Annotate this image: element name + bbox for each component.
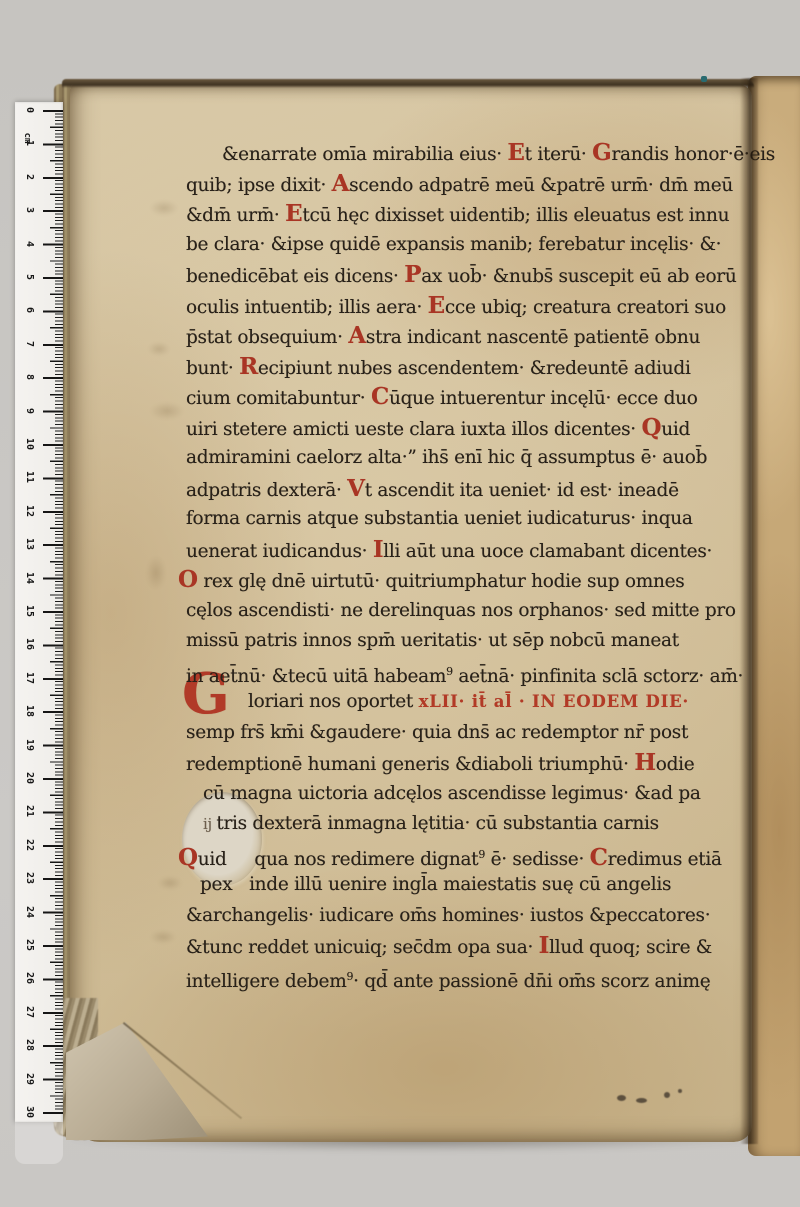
manuscript-line: benedicēbat eis dicens· Pax uob̄· &nubs̄…: [186, 260, 748, 291]
ruler-tip: [15, 1122, 63, 1164]
manuscript-line: missū patris innos spm̄ ueritatis· ut sē…: [186, 626, 748, 657]
manuscript-text: &dm̄ urm̄·: [186, 205, 285, 226]
manuscript-text: llud quoq; scire &: [549, 937, 712, 958]
manuscript-line: oculis intuentib; illis aera· Ecce ubiq;…: [186, 291, 748, 322]
rubricated-initial: V: [347, 475, 365, 502]
manuscript-text: ax uob̄· &nubs̄ suscepit eū ab eorū: [421, 266, 736, 287]
rubricated-initial: G: [592, 139, 611, 166]
ruler-number: 16: [23, 635, 35, 653]
manuscript-text: semp frs̄ km̄i &gaudere· quia dns̄ ac re…: [186, 722, 688, 743]
ruler-number: 27: [23, 1003, 35, 1021]
ruler-number: 15: [23, 602, 35, 620]
ruler-number: 3: [23, 201, 35, 219]
ruler-number: 2: [23, 168, 35, 186]
show-through-smudge: [150, 402, 184, 420]
rubricated-initial: E: [428, 292, 445, 319]
ink-speck: [617, 1095, 626, 1101]
rubricated-initial: O: [178, 566, 198, 593]
ruler-number: 11: [23, 468, 35, 486]
manuscript-line: quib; ipse dixit· Ascendo adpatrē meū &p…: [186, 169, 748, 200]
rubricated-initial: E: [507, 139, 524, 166]
manuscript-text: uenerat iudicandus·: [186, 541, 373, 562]
manuscript-line: uenerat iudicandus· Illi aūt una uoce cl…: [186, 535, 748, 566]
rubricated-initial: I: [539, 932, 549, 959]
manuscript-line: adpatris dexterā· Vt ascendit ita ueniet…: [186, 474, 748, 505]
manuscript-line: bunt· Recipiunt nubes ascendentem· &rede…: [186, 352, 748, 383]
show-through-smudge: [150, 930, 176, 944]
manuscript-line: cęlos ascendisti· ne derelinquas nos orp…: [186, 596, 748, 627]
ink-speck: [664, 1092, 670, 1098]
manuscript-text: cce ubiq; creatura creatori suo: [445, 297, 726, 318]
ruler-number: 17: [23, 669, 35, 687]
ruler-number: 30: [23, 1103, 35, 1121]
manuscript-text: redemptionē humani generis &diaboli triu…: [186, 754, 634, 775]
manuscript-text: t iterū·: [525, 144, 592, 165]
manuscript-text: cęlos ascendisti· ne derelinquas nos orp…: [186, 600, 736, 621]
ink-speck: [636, 1098, 647, 1103]
manuscript-text: lli aūt una uoce clamabant dicentes·: [383, 541, 712, 562]
manuscript-text: quib; ipse dixit·: [186, 175, 332, 196]
manuscript-text: adpatris dexterā·: [186, 480, 347, 501]
rubricated-initial: C: [371, 383, 389, 410]
text-block: &enarrate omīa mirabilia eius· Et iterū·…: [186, 138, 748, 992]
manuscript-text: loriari nos oportet: [248, 691, 419, 712]
rubricated-initial: Q: [178, 844, 198, 871]
show-through-smudge: [150, 200, 178, 216]
ruler-number: 25: [23, 936, 35, 954]
manuscript-text: uid qua nos redimere dignat: [198, 849, 479, 870]
manuscript-text: tcū hęc dixisset uidentib; illis eleuatu…: [302, 205, 729, 226]
ruler-number: 5: [23, 268, 35, 286]
manuscript-text: · qd̄ ante passionē dn̄i om̄s scorz anim…: [353, 971, 710, 992]
manuscript-line: semp frs̄ km̄i &gaudere· quia dns̄ ac re…: [186, 718, 748, 749]
manuscript-text: ē· sedisse·: [485, 849, 590, 870]
manuscript-text: ecipiunt nubes ascendentem· &redeuntē ad…: [258, 358, 691, 379]
manuscript-text: cū magna uictoria adcęlos ascendisse leg…: [203, 783, 701, 804]
ruler-number: 29: [23, 1070, 35, 1088]
manuscript-text: in aet̄nū· &tecū uitā habeam: [186, 666, 446, 687]
manuscript-text: benedicēbat eis dicens·: [186, 266, 404, 287]
manuscript-text: uiri stetere amicti ueste clara iuxta il…: [186, 419, 641, 440]
manuscript-text: be clara· &ipse quidē expansis manib; fe…: [186, 234, 721, 255]
manuscript-line: O rex glę dnē uirtutū· quitriumphatur ho…: [178, 565, 748, 596]
manuscript-text: &tunc reddet unicuiq; sec̄dm opa sua·: [186, 937, 539, 958]
show-through-smudge: [146, 556, 166, 590]
manuscript-text: pex inde illū uenire ingl̄a maiestatis s…: [200, 874, 671, 895]
manuscript-text: &archangelis· iudicare om̄s homines· ius…: [186, 905, 710, 926]
manuscript-line: be clara· &ipse quidē expansis manib; fe…: [186, 230, 748, 261]
manuscript-line: admiramini caelorz alta·” ihs̄ enī hic q…: [186, 443, 748, 474]
manuscript-text: odie: [656, 754, 695, 775]
show-through-smudge: [158, 876, 182, 890]
ruler-number: 24: [23, 903, 35, 921]
manuscript-text: stra indicant nascentē patientē obnu: [366, 327, 700, 348]
ruler-number: 1: [23, 134, 35, 152]
manuscript-text: ūque intuerentur incęlū· ecce duo: [389, 388, 698, 409]
ruler-number: 8: [23, 368, 35, 386]
manuscript-line: Quid qua nos redimere dignat9 ē· sedisse…: [178, 840, 748, 871]
manuscript-line: cū magna uictoria adcęlos ascendisse leg…: [203, 779, 748, 810]
manuscript-text: oculis intuentib; illis aera·: [186, 297, 428, 318]
manuscript-line: forma carnis atque substantia ueniet iud…: [186, 504, 748, 535]
manuscript-photo: cm 0123456789101112131415161718192021222…: [0, 0, 800, 1207]
ruler-number: 18: [23, 702, 35, 720]
manuscript-text: &enarrate omīa mirabilia eius·: [222, 144, 507, 165]
ruler-number: 12: [23, 502, 35, 520]
manuscript-text: missū patris innos spm̄ ueritatis· ut sē…: [186, 630, 679, 651]
ruler-number: 28: [23, 1036, 35, 1054]
cm-ruler: cm 0123456789101112131415161718192021222…: [15, 102, 63, 1122]
manuscript-text: forma carnis atque substantia ueniet iud…: [186, 508, 693, 529]
manuscript-line: intelligere debem9· qd̄ ante passionē dn…: [186, 962, 748, 993]
rubricated-initial: I: [373, 536, 383, 563]
manuscript-text: scendo adpatrē meū &patrē urm̄· dm̄ meū: [349, 175, 733, 196]
ruler-number: 0: [23, 101, 35, 119]
ruler-number: 6: [23, 301, 35, 319]
ruler-number: 10: [23, 435, 35, 453]
rubric-text: xLII· it̄ al̄ · IN EODEM DIE·: [419, 692, 690, 711]
ruler-scale: cm 0123456789101112131415161718192021222…: [15, 110, 63, 1116]
rubricated-initial: H: [634, 749, 655, 776]
manuscript-text: ij: [203, 815, 216, 833]
manuscript-line: &tunc reddet unicuiq; sec̄dm opa sua· Il…: [186, 931, 748, 962]
ruler-number: 19: [23, 736, 35, 754]
manuscript-line: &enarrate omīa mirabilia eius· Et iterū·…: [222, 138, 748, 169]
manuscript-text: bunt·: [186, 358, 239, 379]
manuscript-line: &dm̄ urm̄· Etcū hęc dixisset uidentib; i…: [186, 199, 748, 230]
manuscript-line: cium comitabuntur· Cūque intuerentur inc…: [186, 382, 748, 413]
teal-mark: [701, 76, 707, 82]
gutter-shadow: [740, 78, 758, 1144]
manuscript-line: &archangelis· iudicare om̄s homines· ius…: [186, 901, 748, 932]
ruler-number: 23: [23, 869, 35, 887]
manuscript-text: t ascendit ita ueniet· id est· ineadē: [365, 480, 679, 501]
rubricated-initial: P: [404, 261, 421, 288]
ruler-number: 14: [23, 569, 35, 587]
ruler-number: 13: [23, 535, 35, 553]
manuscript-text: intelligere debem: [186, 971, 346, 992]
manuscript-line: uiri stetere amicti ueste clara iuxta il…: [186, 413, 748, 444]
manuscript-text: cium comitabuntur·: [186, 388, 371, 409]
ruler-number: 20: [23, 769, 35, 787]
ruler-number: 9: [23, 402, 35, 420]
show-through-smudge: [148, 342, 170, 356]
manuscript-text: redimus etiā: [608, 849, 722, 870]
manuscript-text: 9: [446, 665, 453, 678]
manuscript-line: p̄stat obsequium· Astra indicant nascent…: [186, 321, 748, 352]
manuscript-line: pex inde illū uenire ingl̄a maiestatis s…: [200, 870, 748, 901]
page-top-edge: [62, 79, 754, 88]
rubricated-initial: C: [590, 844, 608, 871]
rubricated-initial: Q: [641, 414, 661, 441]
ruler-number: 22: [23, 836, 35, 854]
manuscript-line: loriari nos oportet xLII· it̄ al̄ · IN E…: [248, 687, 748, 718]
ruler-ticks: [43, 110, 63, 1114]
manuscript-text: p̄stat obsequium·: [186, 327, 348, 348]
manuscript-text: uid: [661, 419, 690, 440]
manuscript-text: tris dexterā inmagna lętitia· cū substan…: [216, 813, 658, 834]
manuscript-line: in aet̄nū· &tecū uitā habeam9 aet̄nā· pi…: [186, 657, 748, 688]
ruler-number: 4: [23, 235, 35, 253]
manuscript-text: rex glę dnē uirtutū· quitriumphatur hodi…: [198, 571, 685, 592]
manuscript-line: ij tris dexterā inmagna lętitia· cū subs…: [203, 809, 748, 840]
ink-speck: [678, 1089, 682, 1093]
rubricated-initial: A: [348, 322, 366, 349]
manuscript-text: admiramini caelorz alta·” ihs̄ enī hic q…: [186, 447, 707, 468]
rubricated-initial: E: [285, 200, 302, 227]
ruler-number: 26: [23, 969, 35, 987]
ruler-number: 21: [23, 802, 35, 820]
ruler-number: 7: [23, 335, 35, 353]
manuscript-text: aet̄nā· pinfinita sclā sctorz· am̄·: [453, 666, 743, 687]
rubricated-initial: A: [332, 170, 350, 197]
rubricated-initial: R: [239, 353, 258, 380]
manuscript-line: redemptionē humani generis &diaboli triu…: [186, 748, 748, 779]
